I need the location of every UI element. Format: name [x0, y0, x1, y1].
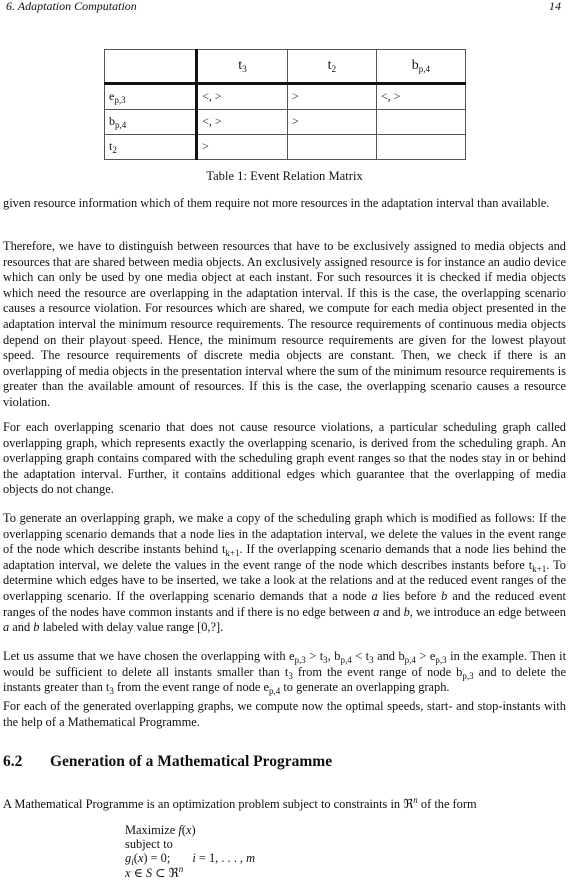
section-title: Generation of a Mathematical Programme [50, 753, 332, 770]
paragraph-text: Let us assume that we have chosen the ov… [3, 649, 566, 696]
paragraph-text: To generate an overlapping graph, we mak… [3, 511, 566, 636]
row-header: ep,3 [105, 84, 197, 110]
paragraph-continuation: given resource information which of them… [3, 196, 566, 212]
table-cell [376, 135, 465, 160]
page-number: 14 [549, 0, 561, 12]
chapter-title: 6. Adaptation Computation [6, 0, 137, 12]
table-cell: <, > [376, 84, 465, 110]
section-heading: 6.2Generation of a Mathematical Programm… [3, 754, 332, 770]
section-number: 6.2 [3, 754, 50, 770]
row-header: bp,4 [105, 110, 197, 135]
math-line-domain: x ∈ S ⊂ ℜn [125, 866, 255, 880]
table-corner-cell [105, 50, 197, 84]
running-header: 6. Adaptation Computation 14 [6, 0, 561, 14]
table-row: ep,3 <, > > <, > [105, 84, 466, 110]
table-header-row: t3 t2 bp,4 [105, 50, 466, 84]
paragraph-mathematical-programme: For each of the generated overlapping gr… [3, 699, 566, 730]
paragraph-example: Let us assume that we have chosen the ov… [3, 649, 566, 696]
event-relation-matrix: t3 t2 bp,4 ep,3 <, > > <, > bp,4 <, > > … [104, 49, 466, 160]
table-cell: <, > [197, 84, 288, 110]
paragraph-text: given resource information which of them… [3, 196, 566, 212]
table-row: t2 > [105, 135, 466, 160]
paragraph-text: For each of the generated overlapping gr… [3, 699, 566, 730]
table-cell: > [287, 84, 376, 110]
table-cell: <, > [197, 110, 288, 135]
table-cell [287, 135, 376, 160]
math-line-subject-to: subject to [125, 837, 255, 851]
optimization-formulation: Maximize f(x) subject to gi(x) = 0;i = 1… [125, 823, 255, 880]
paragraph-text: Therefore, we have to distinguish betwee… [3, 239, 566, 411]
table-cell: > [287, 110, 376, 135]
table-cell [376, 110, 465, 135]
table-caption: Table 1: Event Relation Matrix [0, 169, 569, 185]
table-cell: > [197, 135, 288, 160]
paragraph-section-intro: A Mathematical Programme is an optimizat… [3, 797, 566, 813]
column-header: t3 [197, 50, 288, 84]
paragraph-generate-graph: To generate an overlapping graph, we mak… [3, 511, 566, 636]
row-header: t2 [105, 135, 197, 160]
column-header: t2 [287, 50, 376, 84]
paragraph-resources: Therefore, we have to distinguish betwee… [3, 239, 566, 411]
math-line-constraint: gi(x) = 0;i = 1, . . . , m [125, 851, 255, 865]
paragraph-text: For each overlapping scenario that does … [3, 420, 566, 498]
paragraph-text: A Mathematical Programme is an optimizat… [3, 797, 566, 813]
paragraph-overlapping-graph: For each overlapping scenario that does … [3, 420, 566, 498]
table-row: bp,4 <, > > [105, 110, 466, 135]
column-header: bp,4 [376, 50, 465, 84]
math-line-objective: Maximize f(x) [125, 823, 255, 837]
